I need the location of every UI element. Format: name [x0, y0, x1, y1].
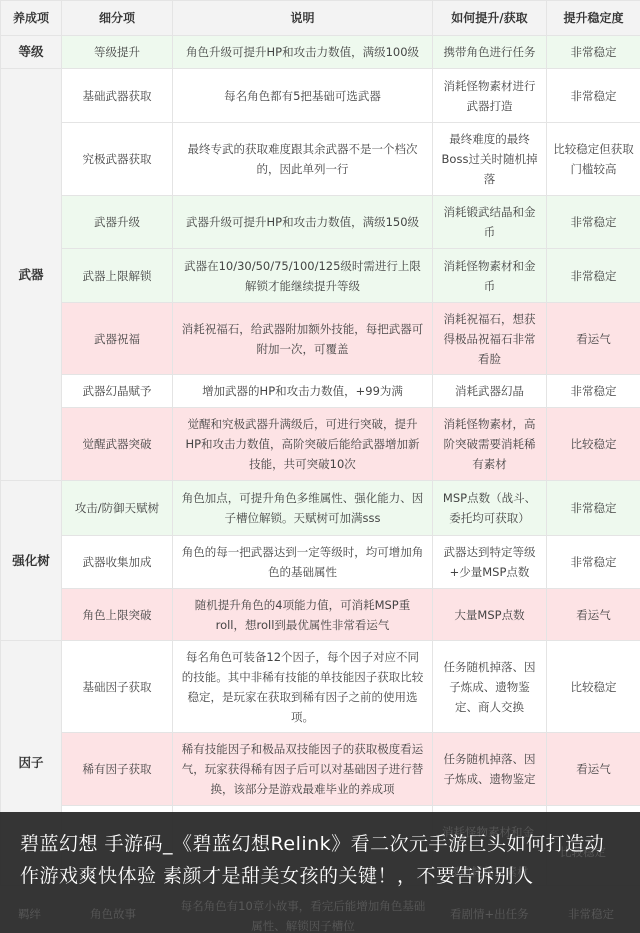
- table-row: 角色上限突破 随机提升角色的4项能力值，可消耗MSP重roll，想roll到最优…: [1, 589, 640, 641]
- table-header-row: 养成项 细分项 说明 如何提升/获取 提升稳定度: [1, 1, 640, 36]
- header-description: 说明: [173, 1, 433, 36]
- header-how-to-obtain: 如何提升/获取: [433, 1, 547, 36]
- table-row: 武器收集加成 角色的每一把武器达到一定等级时，均可增加角色的基础属性 武器达到特…: [1, 536, 640, 589]
- obscured-item: 角色故事: [90, 906, 136, 922]
- stability-cell: 非常稳定: [547, 36, 640, 69]
- table-row: 武器上限解锁 武器在10/30/50/75/100/125级时需进行上限解锁才能…: [1, 249, 640, 303]
- item-cell: 武器上限解锁: [62, 249, 173, 303]
- item-cell: 武器收集加成: [62, 536, 173, 589]
- stability-cell: 看运气: [547, 733, 640, 806]
- how-cell: 大量MSP点数: [433, 589, 547, 641]
- description-cell: 稀有技能因子和极品双技能因子的获取极度看运气，玩家获得稀有因子后可以对基础因子进…: [173, 733, 433, 806]
- how-cell: 携带角色进行任务: [433, 36, 547, 69]
- header-item: 细分项: [62, 1, 173, 36]
- category-cell: 强化树: [1, 481, 62, 641]
- table-row: 觉醒武器突破 觉醒和究极武器升满级后，可进行突破，提升HP和攻击力数值，高阶突破…: [1, 408, 640, 481]
- stability-cell: 非常稳定: [547, 536, 640, 589]
- header-category: 养成项: [1, 1, 62, 36]
- table-row: 武器祝福 消耗祝福石，给武器附加额外技能，每把武器可附加一次，可覆盖 消耗祝福石…: [1, 303, 640, 375]
- description-cell: 最终专武的获取难度跟其余武器不是一个档次的，因此单列一行: [173, 123, 433, 196]
- stability-cell: 非常稳定: [547, 481, 640, 536]
- stability-cell: 非常稳定: [547, 196, 640, 249]
- how-cell: 武器达到特定等级+少量MSP点数: [433, 536, 547, 589]
- description-cell: 角色加点，可提升角色多维属性、强化能力、因子槽位解锁。天赋树可加满sss: [173, 481, 433, 536]
- stability-cell: 比较稳定: [547, 641, 640, 733]
- table-row: 等级 等级提升 角色升级可提升HP和攻击力数值，满级100级 携带角色进行任务 …: [1, 36, 640, 69]
- category-cell: 武器: [1, 69, 62, 481]
- description-cell: 随机提升角色的4项能力值，可消耗MSP重roll，想roll到最优属性非常看运气: [173, 589, 433, 641]
- item-cell: 武器升级: [62, 196, 173, 249]
- item-cell: 等级提升: [62, 36, 173, 69]
- caption-overlay: 消耗怪物素材和金 比较稳定 要消耗稀有素材 羁绊 角色故事 每名角色有10章小故…: [0, 812, 640, 933]
- item-cell: 武器祝福: [62, 303, 173, 375]
- table-row: 强化树 攻击/防御天赋树 角色加点，可提升角色多维属性、强化能力、因子槽位解锁。…: [1, 481, 640, 536]
- how-cell: 消耗祝福石，想获得极品祝福石非常看脸: [433, 303, 547, 375]
- item-cell: 究极武器获取: [62, 123, 173, 196]
- how-cell: MSP点数（战斗、委托均可获取）: [433, 481, 547, 536]
- how-cell: 消耗怪物素材进行武器打造: [433, 69, 547, 123]
- stability-cell: 非常稳定: [547, 69, 640, 123]
- description-cell: 每名角色都有5把基础可选武器: [173, 69, 433, 123]
- how-cell: 最终难度的最终Boss过关时随机掉落: [433, 123, 547, 196]
- obscured-category: 羁绊: [18, 906, 41, 922]
- description-cell: 觉醒和究极武器升满级后，可进行突破，提升HP和攻击力数值，高阶突破后能给武器增加…: [173, 408, 433, 481]
- obscured-stability-2: 非常稳定: [568, 906, 614, 922]
- description-cell: 角色升级可提升HP和攻击力数值，满级100级: [173, 36, 433, 69]
- how-cell: 任务随机掉落、因子炼成、遗物鉴定: [433, 733, 547, 806]
- stability-cell: 看运气: [547, 303, 640, 375]
- growth-table: 养成项 细分项 说明 如何提升/获取 提升稳定度 等级 等级提升 角色升级可提升…: [0, 0, 640, 886]
- obscured-how: 看剧情+出任务: [450, 906, 529, 922]
- table-row: 武器升级 武器升级可提升HP和攻击力数值，满级150级 消耗锻武结晶和金币 非常…: [1, 196, 640, 249]
- stability-cell: 比较稳定但获取门槛较高: [547, 123, 640, 196]
- item-cell: 攻击/防御天赋树: [62, 481, 173, 536]
- table-row: 稀有因子获取 稀有技能因子和极品双技能因子的获取极度看运气，玩家获得稀有因子后可…: [1, 733, 640, 806]
- description-cell: 增加武器的HP和攻击力数值，+99为满: [173, 375, 433, 408]
- how-cell: 任务随机掉落、因子炼成、遗物鉴定、商人交换: [433, 641, 547, 733]
- stability-cell: 比较稳定: [547, 408, 640, 481]
- caption-text: 碧蓝幻想 手游码_《碧蓝幻想Relink》看二次元手游巨头如何打造动作游戏爽快体…: [20, 828, 622, 892]
- item-cell: 基础武器获取: [62, 69, 173, 123]
- description-cell: 消耗祝福石，给武器附加额外技能，每把武器可附加一次，可覆盖: [173, 303, 433, 375]
- item-cell: 角色上限突破: [62, 589, 173, 641]
- table-row: 武器幻晶赋予 增加武器的HP和攻击力数值，+99为满 消耗武器幻晶 非常稳定: [1, 375, 640, 408]
- description-cell: 武器升级可提升HP和攻击力数值，满级150级: [173, 196, 433, 249]
- obscured-desc: 每名角色有10章小故事，看完后能增加角色基础属性、解锁因子槽位: [178, 896, 428, 933]
- how-cell: 消耗武器幻晶: [433, 375, 547, 408]
- stability-cell: 非常稳定: [547, 375, 640, 408]
- how-cell: 消耗怪物素材和金币: [433, 249, 547, 303]
- item-cell: 觉醒武器突破: [62, 408, 173, 481]
- description-cell: 每名角色可装备12个因子，每个因子对应不同的技能。其中非稀有技能的单技能因子获取…: [173, 641, 433, 733]
- table-row: 武器 基础武器获取 每名角色都有5把基础可选武器 消耗怪物素材进行武器打造 非常…: [1, 69, 640, 123]
- item-cell: 基础因子获取: [62, 641, 173, 733]
- header-stability: 提升稳定度: [547, 1, 640, 36]
- description-cell: 武器在10/30/50/75/100/125级时需进行上限解锁才能继续提升等级: [173, 249, 433, 303]
- category-cell: 等级: [1, 36, 62, 69]
- stability-cell: 非常稳定: [547, 249, 640, 303]
- item-cell: 稀有因子获取: [62, 733, 173, 806]
- how-cell: 消耗锻武结晶和金币: [433, 196, 547, 249]
- table-row: 究极武器获取 最终专武的获取难度跟其余武器不是一个档次的，因此单列一行 最终难度…: [1, 123, 640, 196]
- stability-cell: 看运气: [547, 589, 640, 641]
- table-row: 因子 基础因子获取 每名角色可装备12个因子，每个因子对应不同的技能。其中非稀有…: [1, 641, 640, 733]
- item-cell: 武器幻晶赋予: [62, 375, 173, 408]
- description-cell: 角色的每一把武器达到一定等级时，均可增加角色的基础属性: [173, 536, 433, 589]
- how-cell: 消耗怪物素材，高阶突破需要消耗稀有素材: [433, 408, 547, 481]
